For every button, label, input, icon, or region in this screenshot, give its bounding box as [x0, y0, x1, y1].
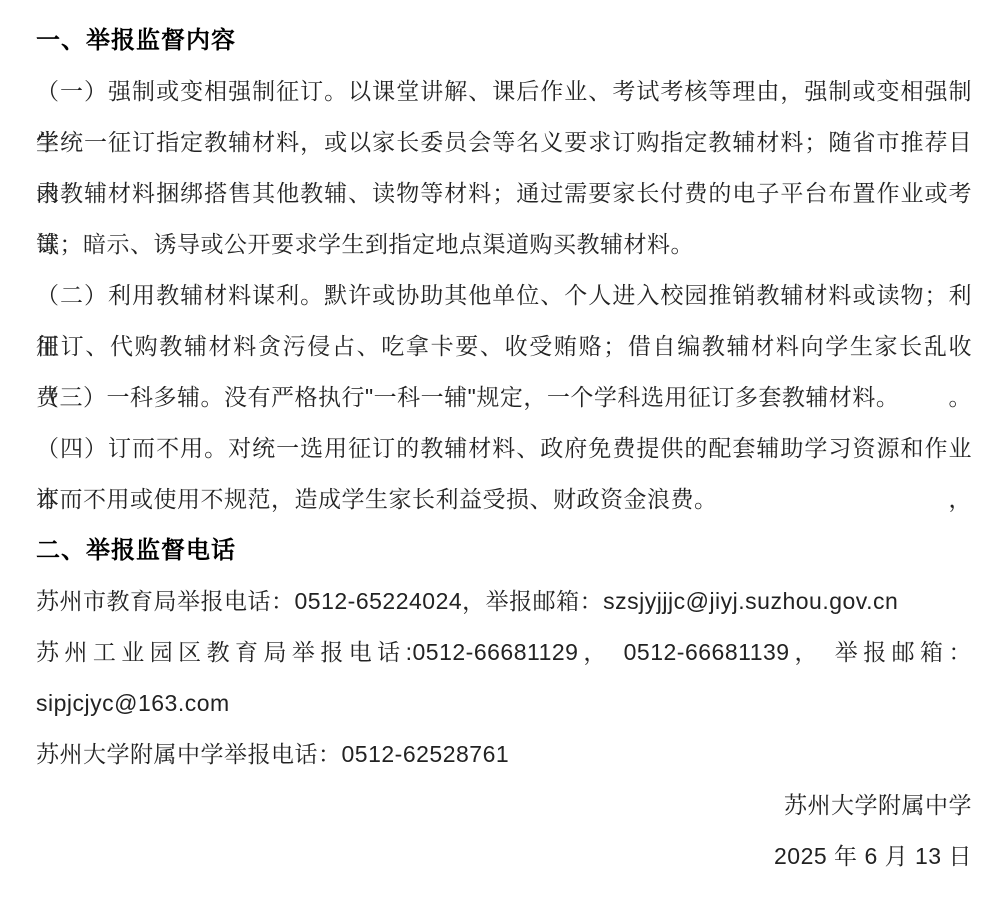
- suzhou-edu-bureau-contact-line: 苏州市教育局举报电话：0512-65224024，举报邮箱：szsjyjjjc@…: [36, 576, 972, 627]
- notice-document-page: 一、举报监督内容 （一）强制或变相强制征订。以课堂讲解、课后作业、考试考核等理由…: [0, 0, 1000, 911]
- signature-school-name: 苏州大学附属中学: [36, 780, 972, 831]
- item1-line1: （一）强制或变相强制征订。以课堂讲解、课后作业、考试考核等理由，强制或变相强制学: [36, 66, 972, 117]
- item2-line1: （二）利用教辅材料谋利。默许或协助其他单位、个人进入校园推销教辅材料或读物；利用: [36, 270, 972, 321]
- section-heading-report-phones: 二、举报监督电话: [36, 525, 972, 576]
- item1-line3: 内教辅材料捆绑搭售其他教辅、读物等材料；通过需要家长付费的电子平台布置作业或考试: [36, 168, 972, 219]
- sip-edu-bureau-contact-line: 苏州工业园区教育局举报电话:0512-66681129， 0512-666811…: [36, 627, 972, 678]
- section-heading-report-content: 一、举报监督内容: [36, 15, 972, 66]
- item1-line4: 等；暗示、诱导或公开要求学生到指定地点渠道购买教辅材料。: [36, 219, 972, 270]
- item4-line1: （四）订而不用。对统一选用征订的教辅材料、政府免费提供的配套辅助学习资源和作业本…: [36, 423, 972, 474]
- signature-date: 2025 年 6 月 13 日: [36, 831, 972, 882]
- item2-line2: 征订、代购教辅材料贪污侵占、吃拿卡要、收受贿赂；借自编教辅材料向学生家长乱收费。: [36, 321, 972, 372]
- sip-edu-bureau-email-line: sipjcjyc@163.com: [36, 678, 972, 729]
- item1-line2: 生统一征订指定教辅材料，或以家长委员会等名义要求订购指定教辅材料；随省市推荐目录: [36, 117, 972, 168]
- school-contact-line: 苏州大学附属中学举报电话：0512-62528761: [36, 729, 972, 780]
- item3-line1: （三）一科多辅。没有严格执行"一科一辅"规定，一个学科选用征订多套教辅材料。: [36, 372, 972, 423]
